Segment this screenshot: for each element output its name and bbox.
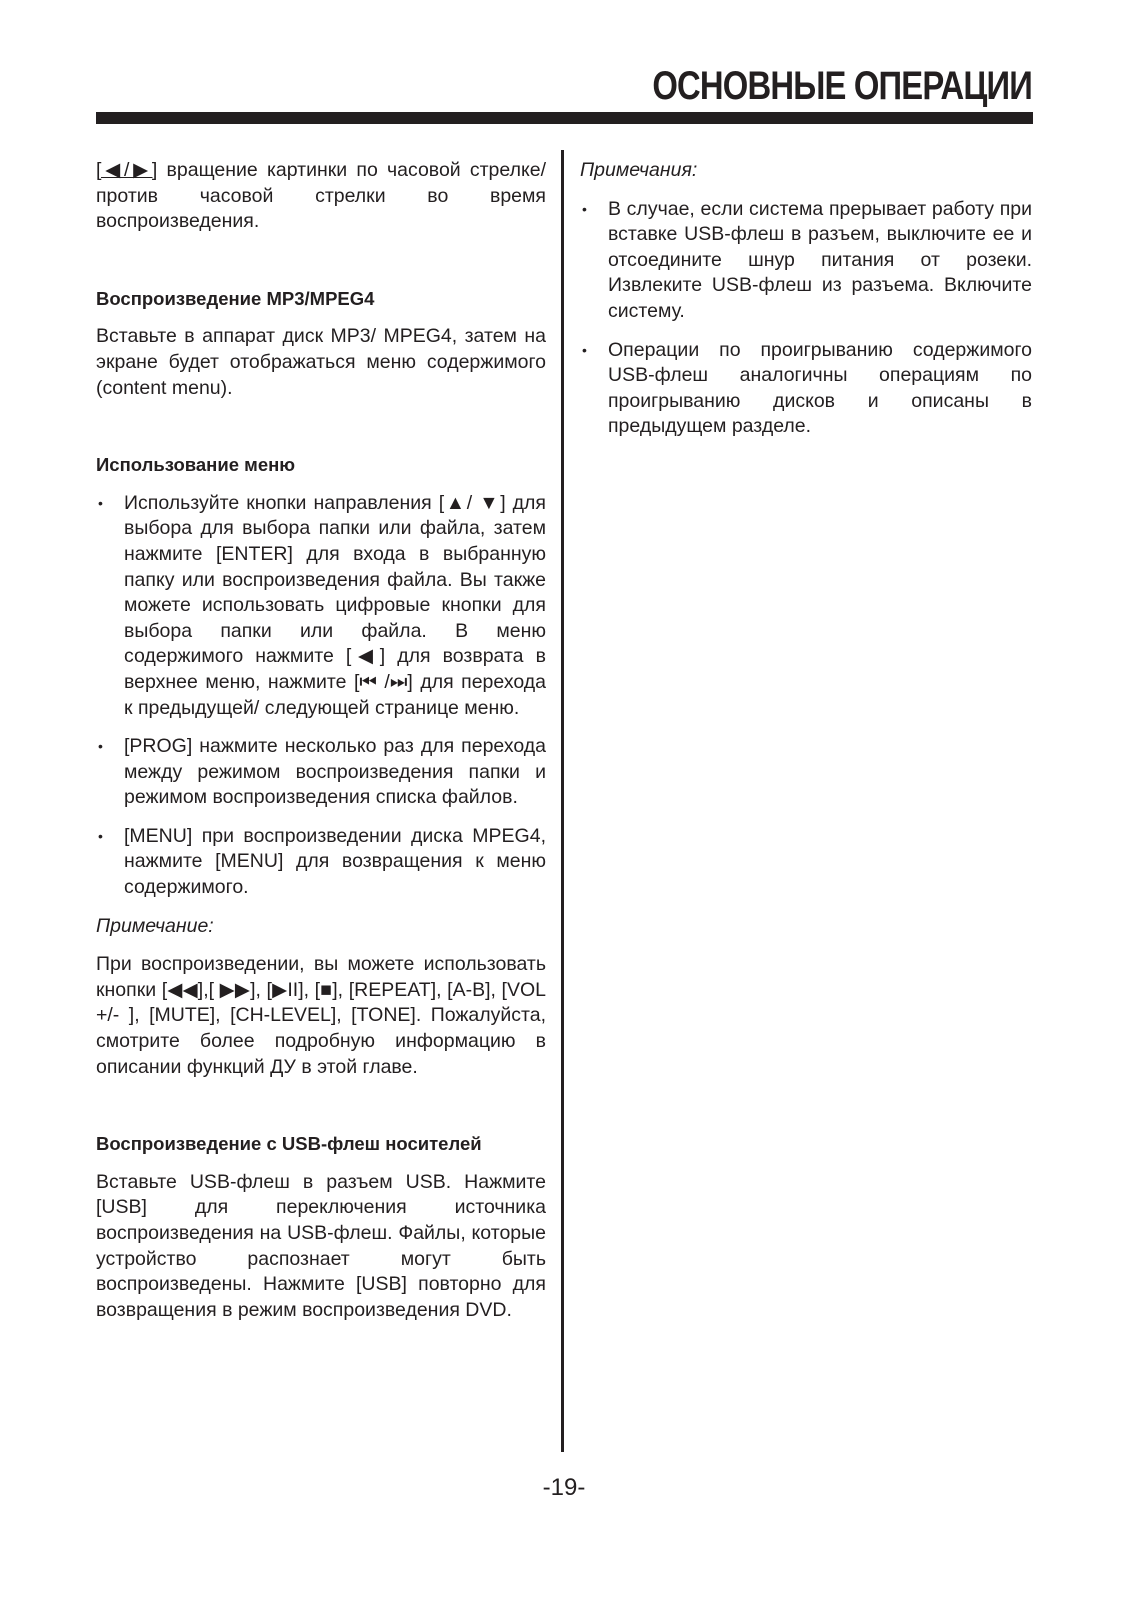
left-column: [◀/▶] вращение картинки по часовой стрел… (96, 158, 546, 1323)
list-item: В случае, если система прерывает работу … (580, 197, 1032, 325)
list-item: [MENU] при воспроизведении диска MPEG4, … (96, 824, 546, 901)
title-rule (96, 112, 1033, 124)
list-item: Операции по проигрыванию содержимого USB… (580, 338, 1032, 440)
page-title: ОСНОВНЫЕ ОПЕРАЦИИ (652, 62, 1032, 110)
note-label: Примечание: (96, 914, 546, 940)
list-item: Используйте кнопки направления [▲/ ▼] дл… (96, 491, 546, 721)
usb-body: Вставьте USB-флеш в разъем USB. Нажмите … (96, 1170, 546, 1324)
menu-heading: Использование меню (96, 452, 546, 478)
right-column: Примечания: В случае, если система преры… (580, 158, 1032, 440)
usb-heading: Воспроизведение с USB-флеш носителей (96, 1131, 546, 1157)
rotation-text: вращение картинки по часовой стрелке/про… (96, 159, 546, 232)
rotate-key-label: [◀/▶] (96, 159, 157, 181)
rotation-paragraph: [◀/▶] вращение картинки по часовой стрел… (96, 158, 546, 235)
page-number: -19- (0, 1474, 1128, 1502)
menu-bullet-list: Используйте кнопки направления [▲/ ▼] дл… (96, 491, 546, 901)
list-item: [PROG] нажмите несколько раз для переход… (96, 734, 546, 811)
column-divider (561, 150, 564, 1452)
notes-bullet-list: В случае, если система прерывает работу … (580, 197, 1032, 440)
note-body: При воспроизведении, вы можете использов… (96, 952, 546, 1080)
mp3-body: Вставьте в аппарат диск MP3/ MPEG4, зате… (96, 324, 546, 401)
notes-label: Примечания: (580, 158, 1032, 184)
mp3-heading: Воспроизведение MP3/MPEG4 (96, 286, 546, 312)
